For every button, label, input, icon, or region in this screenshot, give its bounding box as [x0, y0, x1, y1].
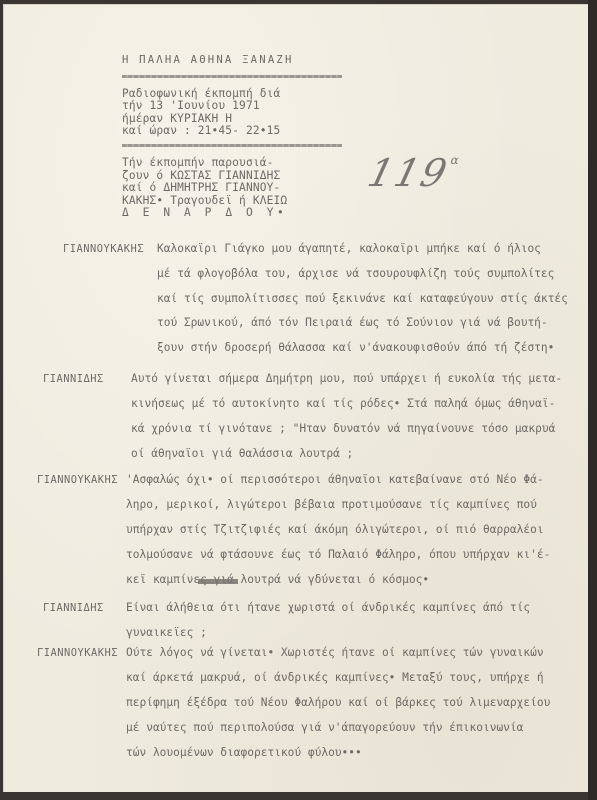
- scan-border: [588, 0, 597, 800]
- speech-line: μέ ναύτες πού περιπολούσα γιά ν'άπαγορεύ…: [126, 721, 523, 734]
- speech-line: υπήρχαν στίς Τζιτζιφιές καί άκόμη όλιγώτ…: [126, 523, 544, 536]
- speaker-name: ΓΙΑΝΝΟΥΚΑΚΗΣ: [63, 243, 144, 255]
- broadcast-info-line: καί ώραν : 21•45- 22•15: [122, 125, 342, 138]
- speech-line: γυναικεϊες ;: [126, 626, 207, 639]
- speech-line: τού Σρωνικού, άπό τόν Πειραιά έως τό Σού…: [157, 316, 548, 329]
- divider-rule: [122, 75, 342, 78]
- speaker-name: ΓΙΑΝΝΟΥΚΑΚΗΣ: [37, 647, 118, 659]
- speaker-name: ΓΙΑΝΝΟΥΚΑΚΗΣ: [37, 474, 118, 486]
- speech-line: Ούτε λόγος νά γίνεται• Χωριστές ήτανε οί…: [126, 646, 544, 659]
- speech-line-with-strikeout: κεϊ καμπίνες γιά λουτρά νά γδύνεται ό κό…: [126, 573, 429, 586]
- speech-line: Αυτό γίνεται σήμερα Δημήτρη μου, πού υπά…: [131, 372, 562, 385]
- document-page: Η ΠΑΛΗΑ ΑΘΗΝΑ ΞΑΝΑΖΗ Ραδιοφωνική έκπομπή…: [3, 4, 588, 792]
- speech-line: τών λουομένων διαφορετικού φύλου•••: [126, 746, 362, 759]
- speech-line: ληρο, μερικοί, λιγώτεροι βέβαια προτιμού…: [126, 498, 537, 511]
- speech-line: κά χρόνια τί γινότανε ; "Ηταν δυνατόν νά…: [131, 422, 555, 435]
- speech-line: ξουν στήν δροσερή θάλασσα καί ν'άνακουφι…: [157, 341, 554, 354]
- speaker-name: ΓΙΑΝΝΙΔΗΣ: [43, 602, 104, 614]
- speech-line: μέ τά φλογοβόλα του, άρχισε νά τσουρουφλ…: [157, 267, 554, 280]
- speech-line: κινήσεως μέ τό αυτοκίνητο καί τίς ρόδες•…: [131, 397, 555, 410]
- speech-line: 'Ασφαλώς όχι• οί περισσότεροι άθηναϊοι κ…: [126, 473, 544, 486]
- speech-line: Καλοκαϊρι Γιάγκο μου άγαπητέ, καλοκαϊρι …: [157, 242, 541, 255]
- speech-line: Είναι άλήθεια ότι ήτανε χωριστά οί άνδρι…: [126, 601, 530, 614]
- presenters-info-line: Δ Ε Ν Α Ρ Δ Ο Υ•: [122, 207, 342, 220]
- program-title: Η ΠΑΛΗΑ ΑΘΗΝΑ ΞΑΝΑΖΗ: [122, 54, 342, 67]
- speech-line: οί άθηναϊοι γιά θαλάσσια λουτρά ;: [131, 447, 353, 460]
- handwritten-page-number: 119α: [364, 151, 464, 195]
- speech-line: τολμούσανε νά φτάσουνε έως τό Παλαιό Φάλ…: [126, 548, 550, 561]
- page-number-value: 119: [364, 151, 454, 195]
- page-number-suffix: α: [449, 153, 463, 167]
- struck-out-word: [198, 579, 238, 584]
- speech-line: καί άρκετά μακρυά, οί άνδρικές καμπίνες•…: [126, 671, 544, 684]
- speech-line: καί τίς συμπολίτισσες πού ξεκινάνε καί κ…: [157, 292, 568, 305]
- speech-line: περίφημη έξέδρα τού Νέου Φαλήρου καί οί …: [126, 696, 550, 709]
- broadcast-info-line: τήν 13 'Ιουνίου 1971: [122, 100, 342, 113]
- presenters-info-line: καί ό ΔΗΜΗΤΡΗΣ ΓΙΑΝΝΟΥ-: [122, 182, 342, 195]
- broadcast-header: Η ΠΑΛΗΑ ΑΘΗΝΑ ΞΑΝΑΖΗ Ραδιοφωνική έκπομπή…: [122, 54, 342, 220]
- speaker-name: ΓΙΑΝΝΙΔΗΣ: [43, 373, 104, 385]
- presenters-info-line: Τήν έκπομπήν παρουσιά-: [122, 157, 342, 170]
- divider-rule: [122, 144, 342, 147]
